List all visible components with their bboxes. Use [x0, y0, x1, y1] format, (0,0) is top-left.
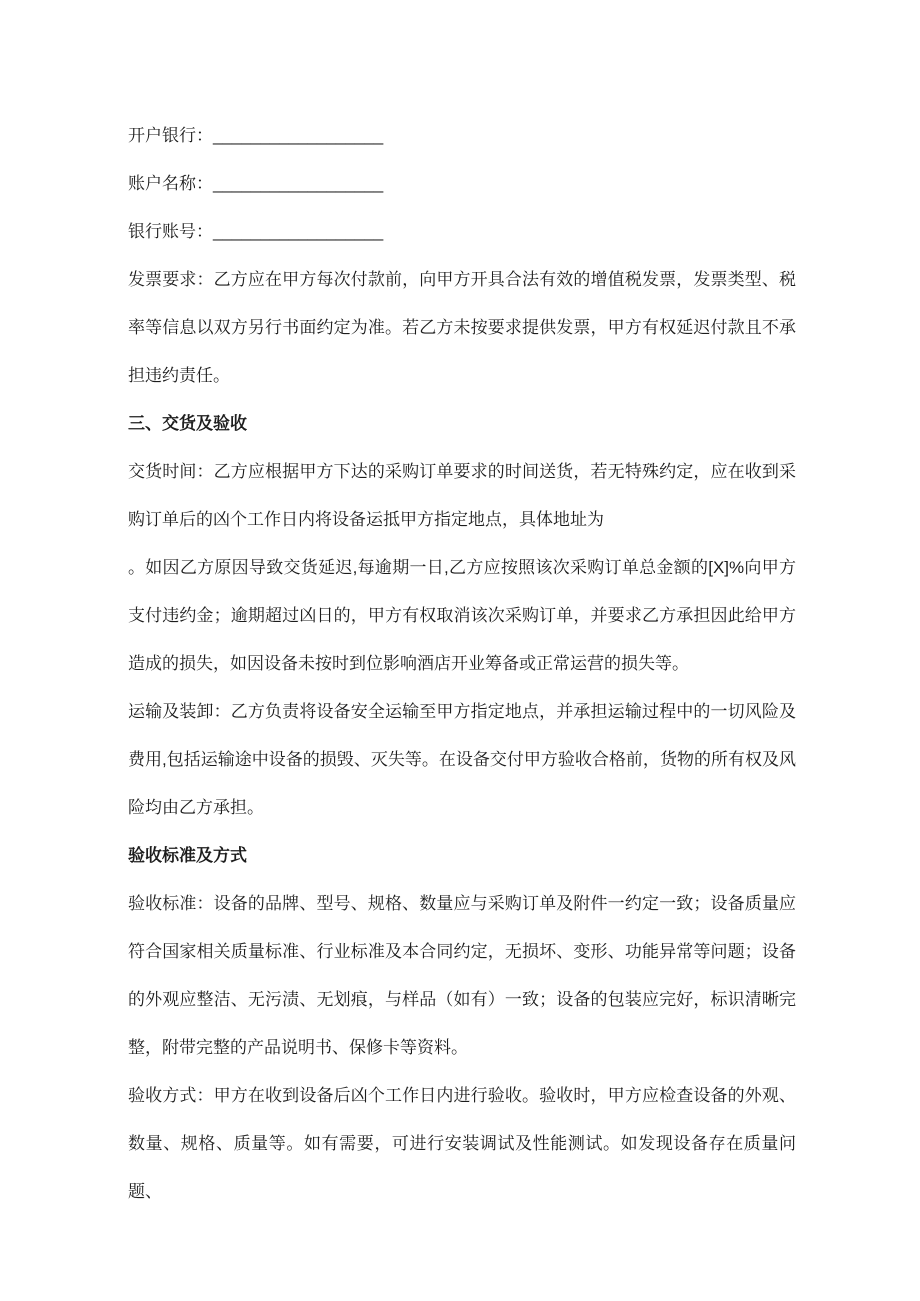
document-page: 开户银行：__________________ 账户名称：___________… [0, 0, 920, 1301]
document-text-block: 开户银行：__________________ 账户名称：___________… [128, 112, 796, 1216]
para-delivery-time: 交货时间：乙方应根据甲方下达的采购订单要求的时间送货，若无特殊约定，应在收到采购… [128, 448, 796, 544]
heading-delivery-and-acceptance: 三、交货及验收 [128, 400, 796, 448]
para-invoice-requirements: 发票要求：乙方应在甲方每次付款前，向甲方开具合法有效的增值税发票，发票类型、税率… [128, 256, 796, 400]
field-account-number: 银行账号：__________________ [128, 208, 796, 256]
para-acceptance-standard: 验收标准：设备的品牌、型号、规格、数量应与采购订单及附件一约定一致；设备质量应符… [128, 880, 796, 1072]
para-delay-penalty: 。如因乙方原因导致交货延迟,每逾期一日,乙方应按照该次采购订单总金额的[X]%向… [128, 544, 796, 688]
heading-acceptance-standard-method: 验收标准及方式 [128, 832, 796, 880]
para-acceptance-method: 验收方式：甲方在收到设备后凶个工作日内进行验收。验收时，甲方应检查设备的外观、数… [128, 1072, 796, 1216]
field-bank-name: 开户银行：__________________ [128, 112, 796, 160]
field-account-name: 账户名称：__________________ [128, 160, 796, 208]
para-transport-and-unloading: 运输及装卸：乙方负责将设备安全运输至甲方指定地点，并承担运输过程中的一切风险及费… [128, 688, 796, 832]
